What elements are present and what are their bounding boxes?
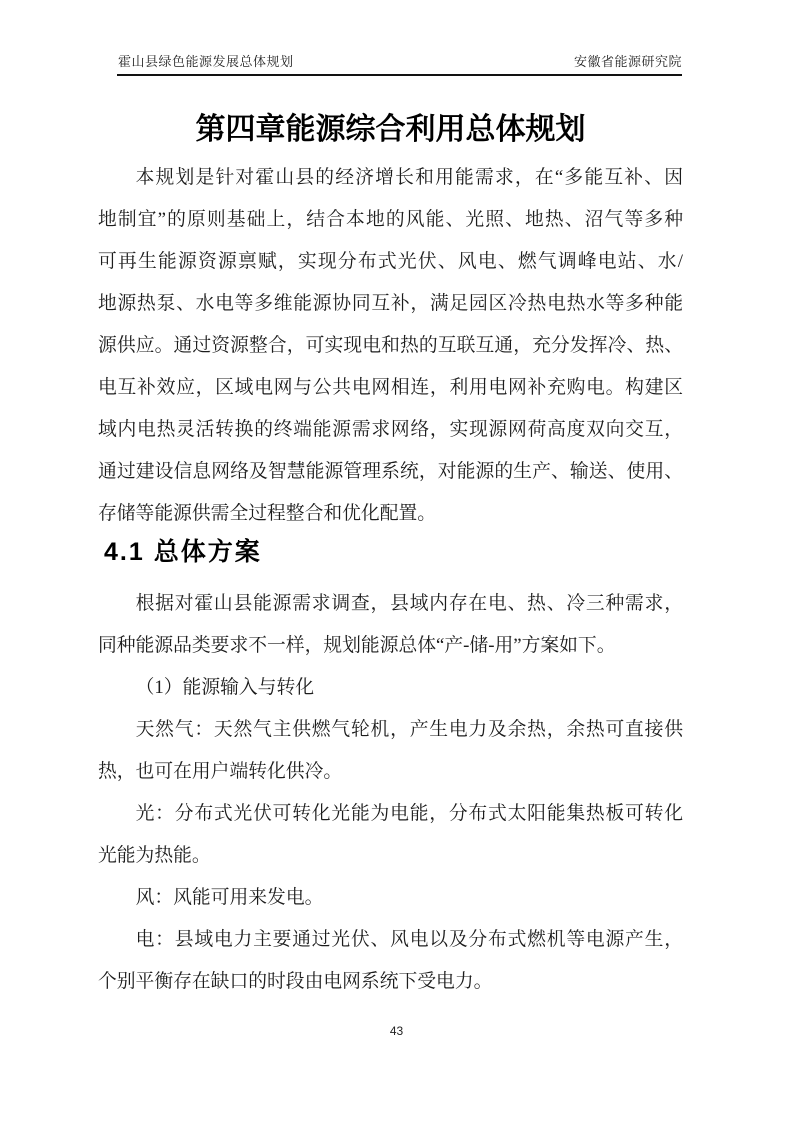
section-paragraphs: 根据对霍山县能源需求调查，县域内存在电、热、冷三种需求，同种能源品类要求不一样，…	[98, 583, 683, 1003]
intro-paragraphs: 本规划是针对霍山县的经济增长和用能需求，在“多能互补、因地制宜”的原则基础上，结…	[98, 157, 683, 535]
text-line: 热，也可在用户端转化供冷。	[98, 751, 683, 793]
paragraph: 电：县域电力主要通过光伏、风电以及分布式燃机等电源产生，个别平衡存在缺口的时段由…	[98, 919, 683, 1003]
paragraph: （1）能源输入与转化	[98, 667, 683, 709]
text-line: 域内电热灵活转换的终端能源需求网络，实现源网荷高度双向交互，	[98, 409, 683, 451]
text-line: 同种能源品类要求不一样，规划能源总体“产-储-用”方案如下。	[98, 625, 683, 667]
text-line: 个别平衡存在缺口的时段由电网系统下受电力。	[98, 961, 683, 1003]
paragraph: 根据对霍山县能源需求调查，县域内存在电、热、冷三种需求，同种能源品类要求不一样，…	[98, 583, 683, 667]
text-line: 根据对霍山县能源需求调查，县域内存在电、热、冷三种需求，	[98, 583, 683, 625]
paragraph: 本规划是针对霍山县的经济增长和用能需求，在“多能互补、因地制宜”的原则基础上，结…	[98, 157, 683, 535]
text-line: 存储等能源供需全过程整合和优化配置。	[98, 493, 683, 535]
text-line: 源供应。通过资源整合，可实现电和热的互联互通，充分发挥冷、热、	[98, 325, 683, 367]
paragraph: 风：风能可用来发电。	[98, 877, 683, 919]
text-line: 风：风能可用来发电。	[98, 877, 683, 919]
paragraph: 天然气：天然气主供燃气轮机，产生电力及余热，余热可直接供热，也可在用户端转化供冷…	[98, 709, 683, 793]
header-left-title: 霍山县绿色能源发展总体规划	[118, 53, 294, 70]
text-line: 天然气：天然气主供燃气轮机，产生电力及余热，余热可直接供	[98, 709, 683, 751]
paragraph: 光：分布式光伏可转化光能为电能，分布式太阳能集热板可转化光能为热能。	[98, 793, 683, 877]
page-number: 43	[0, 1024, 793, 1038]
text-line: 地制宜”的原则基础上，结合本地的风能、光照、地热、沼气等多种	[98, 199, 683, 241]
text-line: 可再生能源资源禀赋，实现分布式光伏、风电、燃气调峰电站、水/	[98, 241, 683, 283]
text-line: 光能为热能。	[98, 835, 683, 877]
text-line: 本规划是针对霍山县的经济增长和用能需求，在“多能互补、因	[98, 157, 683, 199]
document-page: 霍山县绿色能源发展总体规划 安徽省能源研究院 第四章能源综合利用总体规划 本规划…	[0, 0, 793, 1122]
text-line: （1）能源输入与转化	[98, 667, 683, 709]
text-line: 光：分布式光伏可转化光能为电能，分布式太阳能集热板可转化	[98, 793, 683, 835]
header-rule	[117, 74, 682, 76]
section-heading-4-1: 4.1 总体方案	[104, 535, 683, 570]
text-line: 地源热泵、水电等多维能源协同互补，满足园区冷热电热水等多种能	[98, 283, 683, 325]
header-right-title: 安徽省能源研究院	[574, 53, 682, 70]
chapter-title: 第四章能源综合利用总体规划	[98, 110, 683, 150]
text-line: 通过建设信息网络及智慧能源管理系统，对能源的生产、输送、使用、	[98, 451, 683, 493]
document-body: 本规划是针对霍山县的经济增长和用能需求，在“多能互补、因地制宜”的原则基础上，结…	[98, 157, 683, 1003]
text-line: 电互补效应，区域电网与公共电网相连，利用电网补充购电。构建区	[98, 367, 683, 409]
text-line: 电：县域电力主要通过光伏、风电以及分布式燃机等电源产生，	[98, 919, 683, 961]
